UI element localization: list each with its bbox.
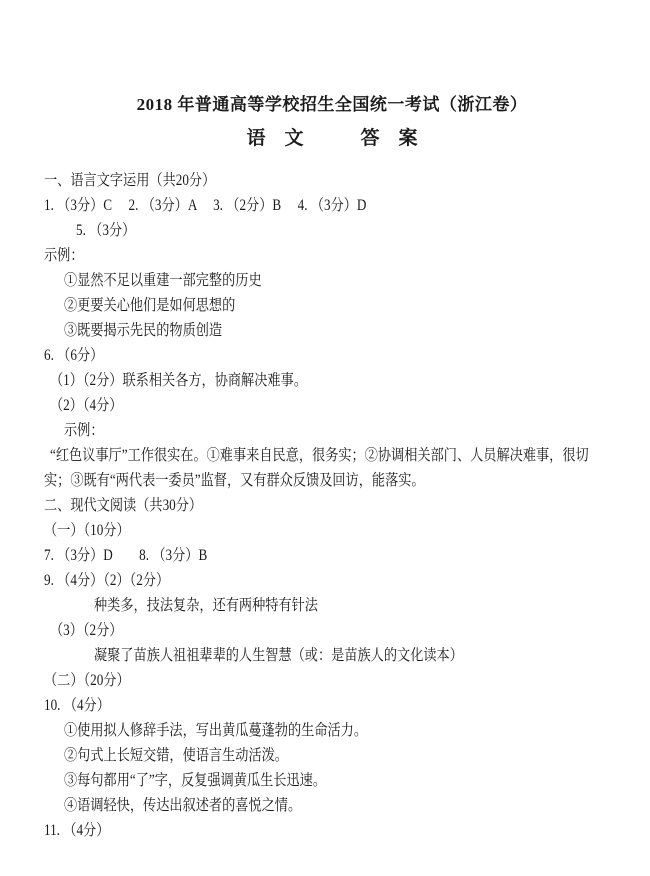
answer-line-text: （2）（4分） (50, 393, 122, 418)
answer-line-text: 11. （4分） (44, 818, 109, 843)
answer-line: 凝聚了苗族人祖祖辈辈的人生智慧（或：是苗族人的文化读本） (0, 643, 650, 668)
answer-line-text: 5. （3分） (76, 218, 135, 243)
answer-line-text: ③每句都用“了”字，反复强调黄瓜生长迅速。 (64, 768, 326, 793)
answer-line: 5. （3分） (0, 218, 650, 243)
answer-line: 示例： (0, 418, 650, 443)
answer-line: ①使用拟人修辞手法，写出黄瓜蔓蓬勃的生命活力。 (0, 718, 650, 743)
answer-line-text: 1. （3分）C 2. （3分）A 3. （2分）B 4. （3分）D (44, 193, 366, 218)
answer-line-text: ④语调轻快，传达出叙述者的喜悦之情。 (64, 793, 301, 818)
answer-line-text: ③既要揭示先民的物质创造 (64, 318, 222, 343)
answer-lines: 一、语言文字运用（共20分）1. （3分）C 2. （3分）A 3. （2分）B… (0, 168, 650, 843)
answer-line: （1）（2分）联系相关各方，协商解决难事。 (0, 368, 650, 393)
answer-line-text: 6. （6分） (44, 343, 103, 368)
answer-line: ①显然不足以重建一部完整的历史 (0, 268, 650, 293)
answer-line-text: ②句式上长短交错，使语言生动活泼。 (64, 743, 288, 768)
answer-line: 11. （4分） (0, 818, 650, 843)
answer-line: 示例： (0, 243, 650, 268)
answer-line-text: 示例： (44, 243, 84, 268)
answer-line: （二）（20分） (0, 668, 650, 693)
answer-line-text: 种类多，技法复杂，还有两种特有针法 (94, 593, 318, 618)
answer-line: 6. （6分） (0, 343, 650, 368)
answer-line-text: 7. （3分）D 8. （3分）B (44, 543, 207, 568)
exam-subject-heading: 语 文 答 案 (14, 127, 650, 151)
answer-line: “红色议事厅”工作很实在。①难事来自民意，很务实；②协调相关部门、人员解决难事，… (0, 443, 650, 468)
answer-line: 种类多，技法复杂，还有两种特有针法 (0, 593, 650, 618)
answer-line-text: 9. （4分）（2）（2分） (44, 568, 169, 593)
answer-line: 二、现代文阅读（共30分） (0, 493, 650, 518)
answer-line: 10. （4分） (0, 693, 650, 718)
answer-line: 7. （3分）D 8. （3分）B (0, 543, 650, 568)
answer-line: ③既要揭示先民的物质创造 (0, 318, 650, 343)
answer-line-text: 二、现代文阅读（共30分） (44, 493, 202, 518)
exam-title: 2018 年普通高等学校招生全国统一考试（浙江卷） (14, 93, 650, 117)
answer-line-text: （3）（2分） (50, 618, 122, 643)
answer-line-text: （一）（10分） (44, 518, 130, 543)
answer-line: ②句式上长短交错，使语言生动活泼。 (0, 743, 650, 768)
answer-line: ③每句都用“了”字，反复强调黄瓜生长迅速。 (0, 768, 650, 793)
answer-line: 9. （4分）（2）（2分） (0, 568, 650, 593)
answer-line: （2）（4分） (0, 393, 650, 418)
document-header: 2018 年普通高等学校招生全国统一考试（浙江卷） 语 文 答 案 (0, 0, 650, 151)
answer-line: （3）（2分） (0, 618, 650, 643)
answer-line-text: （1）（2分）联系相关各方，协商解决难事。 (50, 368, 307, 393)
answer-line-text: ②更要关心他们是如何思想的 (64, 293, 235, 318)
answer-line-text: 示例： (64, 418, 104, 443)
answer-line: 一、语言文字运用（共20分） (0, 168, 650, 193)
answer-sheet-page: 2018 年普通高等学校招生全国统一考试（浙江卷） 语 文 答 案 一、语言文字… (0, 0, 650, 876)
answer-line-text: （二）（20分） (44, 668, 130, 693)
answer-line-text: ①使用拟人修辞手法，写出黄瓜蔓蓬勃的生命活力。 (64, 718, 367, 743)
answer-line: ②更要关心他们是如何思想的 (0, 293, 650, 318)
answer-line-text: “红色议事厅”工作很实在。①难事来自民意，很务实；②协调相关部门、人员解决难事，… (50, 443, 589, 468)
answer-line-text: 凝聚了苗族人祖祖辈辈的人生智慧（或：是苗族人的文化读本） (94, 643, 463, 668)
answer-line: 1. （3分）C 2. （3分）A 3. （2分）B 4. （3分）D (0, 193, 650, 218)
answer-line-text: 一、语言文字运用（共20分） (44, 168, 215, 193)
answer-line-text: 10. （4分） (44, 693, 110, 718)
answer-line: ④语调轻快，传达出叙述者的喜悦之情。 (0, 793, 650, 818)
answer-line: （一）（10分） (0, 518, 650, 543)
answer-line-text: 实；③既有“两代表一委员”监督，又有群众反馈及回访，能落实。 (44, 468, 425, 493)
answer-line: 实；③既有“两代表一委员”监督，又有群众反馈及回访，能落实。 (0, 468, 650, 493)
answer-line-text: ①显然不足以重建一部完整的历史 (64, 268, 262, 293)
